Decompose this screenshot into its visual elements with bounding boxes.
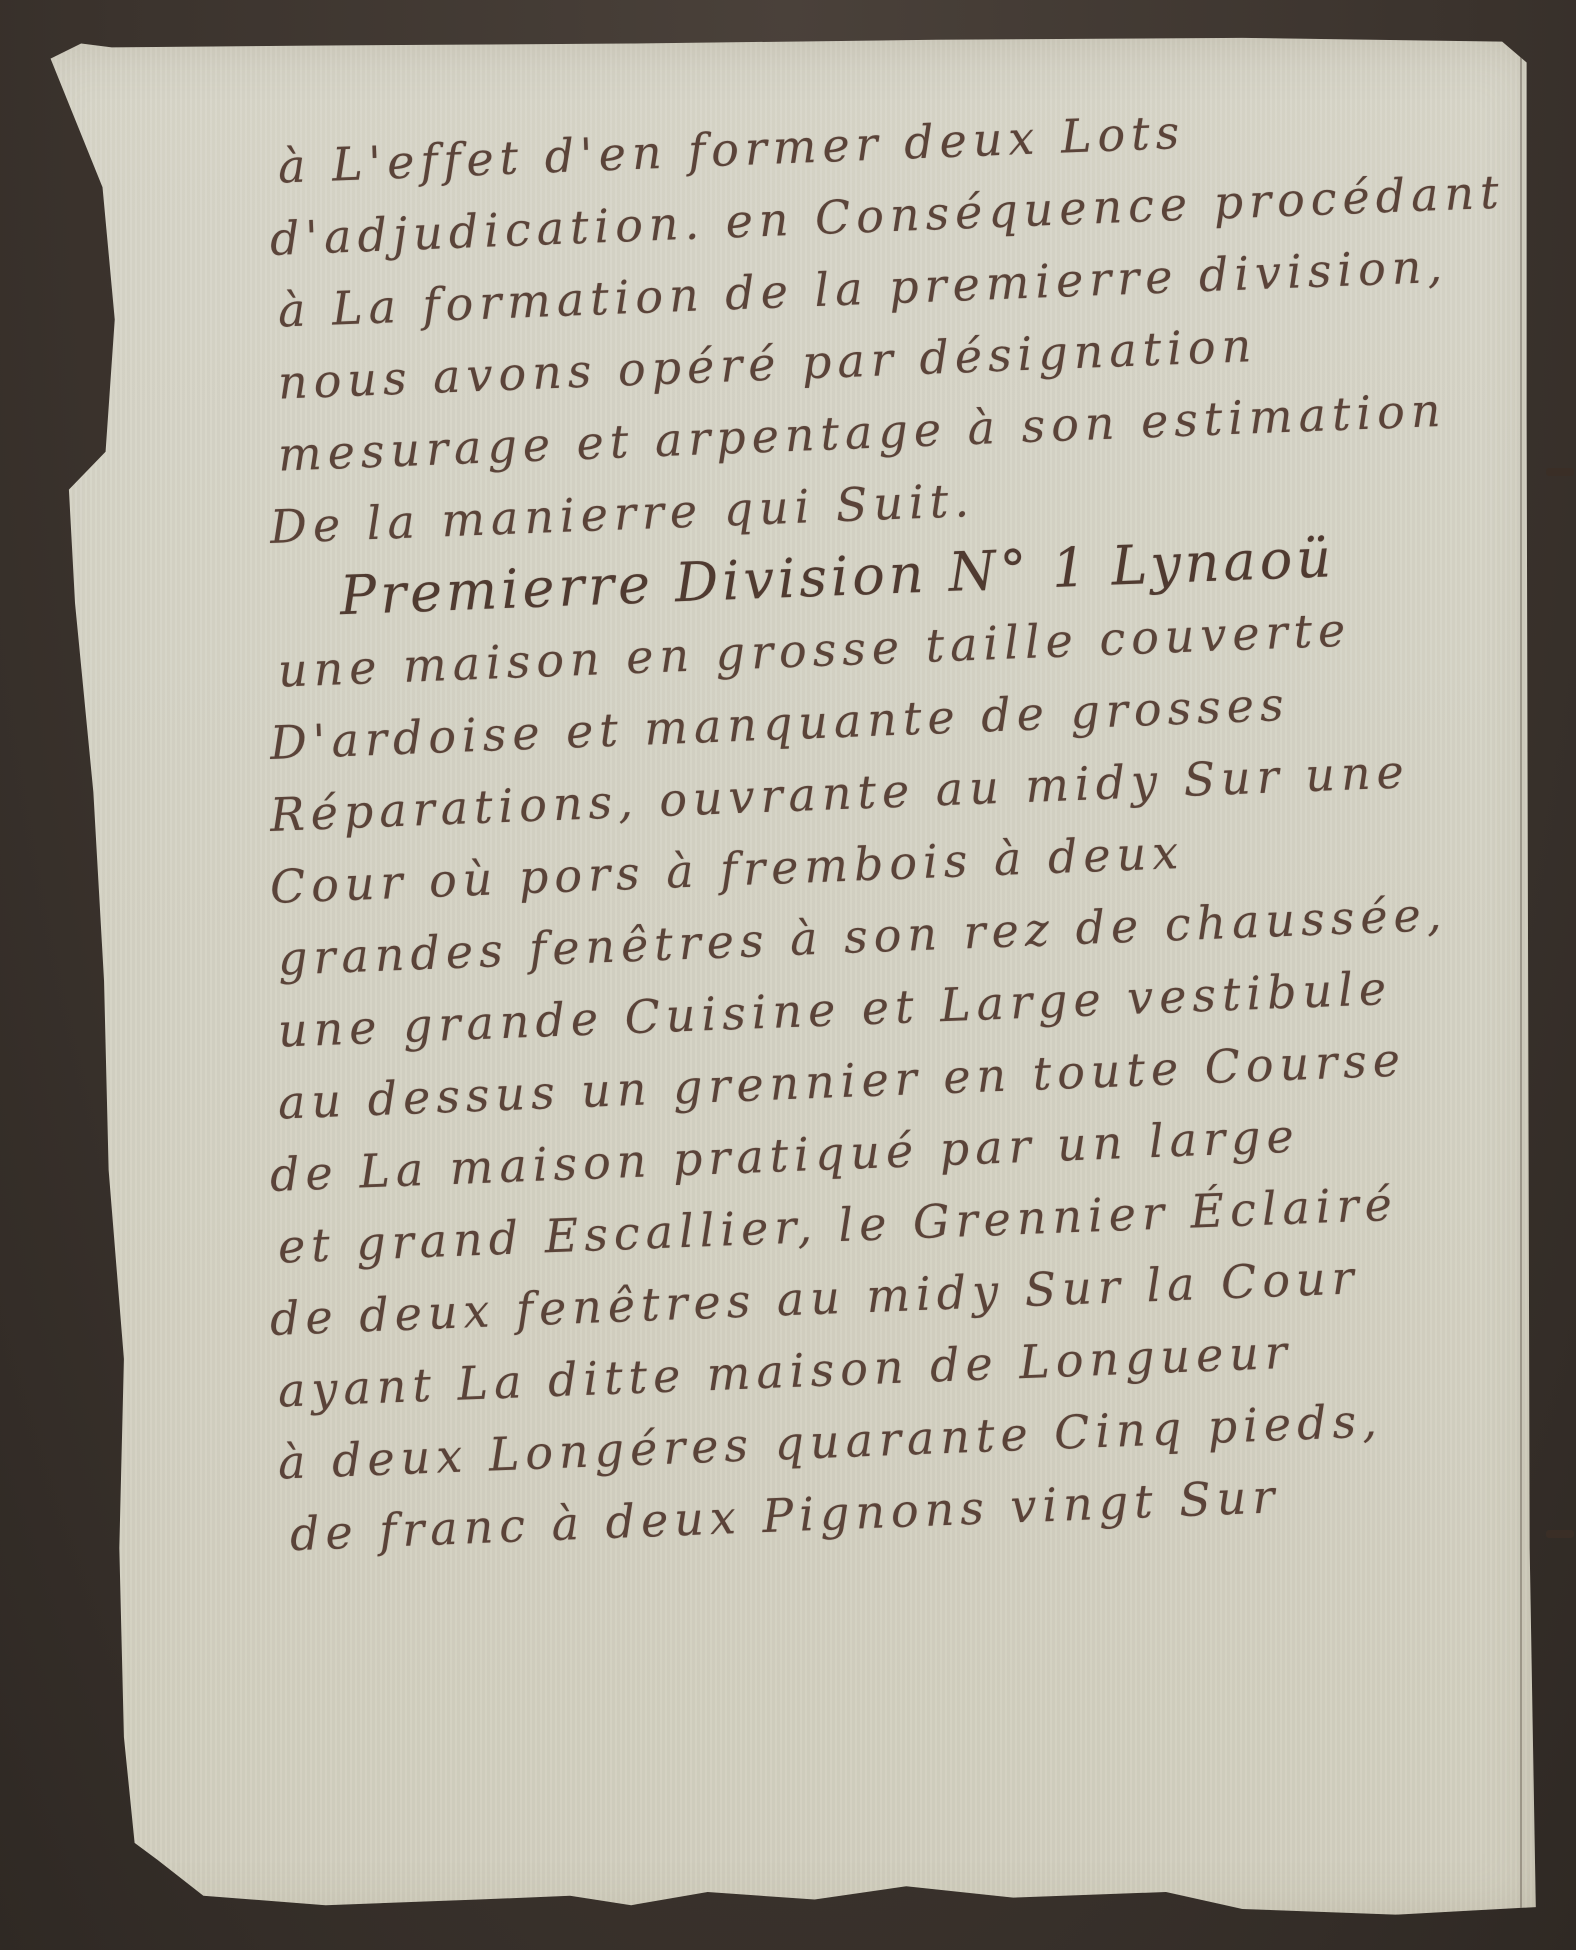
handwritten-text: à L'effet d'en former deux Lots d'adjudi… xyxy=(270,131,1490,1571)
manuscript-page: à L'effet d'en former deux Lots d'adjudi… xyxy=(20,36,1548,1926)
binding-thread xyxy=(1546,1530,1574,1538)
binding-thread xyxy=(1546,468,1574,476)
